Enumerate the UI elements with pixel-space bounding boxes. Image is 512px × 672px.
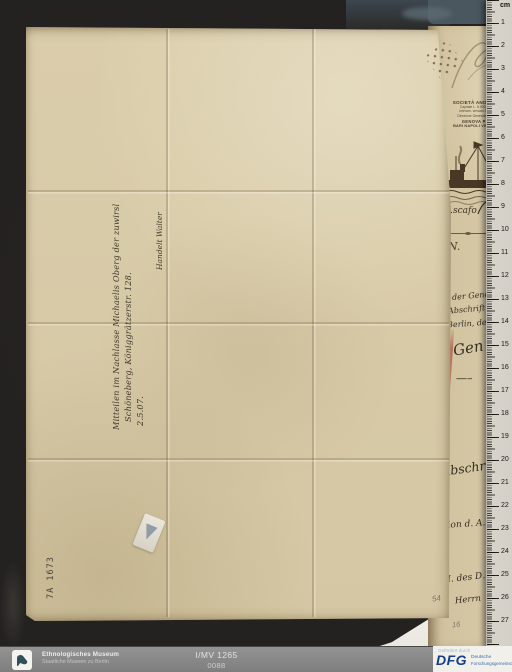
rotated-handwritten-note: Mitteilen im Nachlasse Michaelis Oberg d…: [110, 218, 150, 430]
ruler-number: 12: [501, 272, 509, 279]
archive-number-stamp: 7A 1673: [46, 549, 58, 599]
funder-name: Forschungsgemeinschaft: [471, 661, 512, 666]
handwriting-fragment: Abschrift: [448, 303, 486, 315]
fold-line-horizontal: [28, 322, 449, 324]
tape-sticker: [132, 513, 165, 553]
inventory-number: I/MV 1265: [0, 650, 433, 660]
note-line: Mitteilen im Nachlasse Michaelis Oberg d…: [110, 218, 122, 430]
rotated-side-note: Handelt Walter: [155, 190, 167, 270]
ruler-number: 15: [501, 341, 509, 348]
note-line: Schöneberg, Königgrätzerstr. 128.: [122, 218, 134, 422]
main-document: Mitteilen im Nachlasse Michaelis Oberg d…: [26, 27, 451, 621]
ruler-number: 18: [501, 410, 509, 417]
note-line: 2.5.07.: [134, 218, 146, 426]
ruler-number: 23: [501, 525, 509, 532]
image-number: 0088: [0, 661, 433, 670]
ruler-number: 14: [501, 318, 509, 325]
funder-area: Gefördert durch DFG Deutsche Forschungsg…: [433, 646, 512, 672]
ruler-number: 4: [501, 88, 505, 95]
ruler-number: 21: [501, 479, 509, 486]
ruler-number: 1: [501, 19, 505, 26]
ruler-number: 17: [501, 387, 509, 394]
handwriting-fragment: Herrn: [455, 594, 482, 607]
ornamental-divider: [450, 232, 486, 235]
ruler-number: 26: [501, 594, 509, 601]
ruler-number: 6: [501, 134, 505, 141]
pencil-page-number: 54: [431, 593, 441, 603]
archival-scan-page: { "colors": { "background": "#242220", "…: [0, 0, 512, 672]
binding-tape-highlight: [402, 7, 452, 20]
ruler-number: 11: [501, 249, 508, 256]
ruler-unit-label: cm: [500, 2, 510, 9]
footer-bar: Ethnologisches Museum Staatliche Museen …: [0, 646, 433, 672]
ruler-number: 22: [501, 502, 509, 509]
ruler-number: 20: [501, 456, 509, 463]
ruler-number: 24: [501, 548, 509, 555]
ruler-number: 2: [501, 42, 505, 49]
ruler-number: 10: [501, 226, 509, 233]
fold-line-horizontal: [28, 190, 449, 192]
measuring-ruler: cm 1234567891011121314151617181920212223…: [486, 0, 512, 648]
ruler-number: 19: [501, 433, 509, 440]
ruler-ticks-cm: [487, 0, 499, 648]
ruler-number: 13: [501, 295, 509, 302]
ruler-number: 8: [501, 180, 505, 187]
handwriting-fragment: Gen: [452, 336, 485, 359]
fold-line-horizontal: [28, 458, 449, 460]
ruler-number: 7: [501, 157, 505, 164]
funder-name: Deutsche: [471, 655, 491, 660]
ruler-number: 16: [501, 364, 509, 371]
handwriting-fragment: H. des D…: [443, 570, 492, 585]
ruler-number: 27: [501, 617, 509, 624]
dfg-logo: DFG: [436, 652, 467, 668]
ruler-number: 3: [501, 65, 505, 72]
pencil-mark: 16: [452, 620, 461, 630]
ruler-number: 5: [501, 111, 505, 118]
ruler-number: 25: [501, 571, 509, 578]
background-smudge: [0, 560, 26, 650]
sticker-triangle: [141, 523, 158, 541]
handwriting-fragment: —–: [456, 372, 473, 385]
ruler-number: 9: [501, 203, 505, 210]
